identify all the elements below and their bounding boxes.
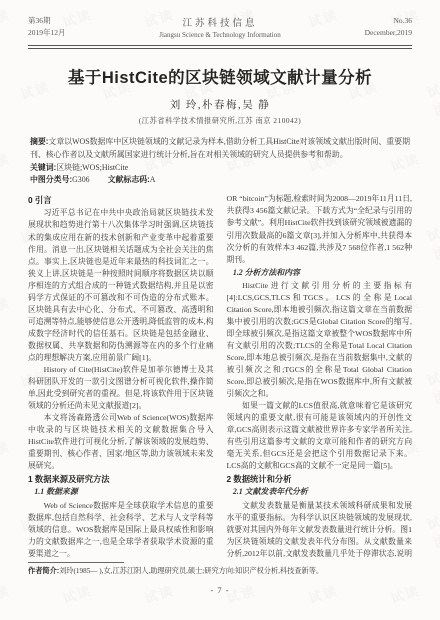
abstract-text: 文章以WOS数据库中区块链领域的文献记录为样本,借助分析工具HistCite对该…	[30, 137, 410, 158]
paragraph: Web of Science数据库是全球获取学术信息的重要数据库,包括自然科学、…	[28, 500, 214, 558]
header-issue-cn: 第36期 2019年12月	[28, 15, 108, 39]
right-column: OR “bitcoin”为标题,检索时间为2008—2019年11月11日,共获…	[227, 193, 413, 557]
author-bio-text: 刘玲(1985— ),女,江苏江阴人,助理研究员,硕士;研究方向:知识产权分析,…	[59, 567, 323, 575]
doc-code-label: 文献标志码:	[108, 175, 150, 184]
keywords-line: 关键词:区块链;WOS;HistCite	[30, 162, 410, 173]
subsection-heading-1-2: 1.2 分析方法和内容	[227, 267, 413, 279]
paragraph-continued: OR “bitcoin”为标题,检索时间为2008—2019年11月11日,共获…	[227, 193, 413, 265]
issue-number-en: No.36	[332, 15, 412, 27]
paragraph: 习近平总书记在中共中央政治局就区块链技术发展现状和趋势进行第十八次集体学习时强调…	[28, 207, 214, 364]
paragraph: 文献发表数量是衡量某技术领域科研成果和发展水平的重要指标。为科学认识区块链领域的…	[227, 500, 413, 558]
paragraph: HistCite进行文献引用分析的主要指标有[4]:LCS,GCS,TLCS和T…	[227, 280, 413, 400]
left-column: 0 引言 习近平总书记在中共中央政治局就区块链技术发展现状和趋势进行第十八次集体…	[28, 193, 214, 557]
classification-line: 中图分类号:G306文献标志码:A	[30, 174, 410, 185]
article-title: 基于HistCite的区块链领域文献计量分析	[30, 64, 410, 88]
article-affiliation: (江苏省科学技术情报研究所,江苏 南京 210042)	[0, 116, 440, 126]
journal-name-cn: 江苏科技信息	[108, 15, 332, 29]
doc-code-value: A	[150, 175, 156, 184]
footnote-divider	[28, 562, 124, 563]
author-bio-footnote: 作者简介:刘玲(1985— ),女,江苏江阴人,助理研究员,硕士;研究方向:知识…	[28, 566, 412, 576]
abstract-label: 摘要:	[30, 137, 48, 146]
article-authors: 刘 玲,朴春梅,吴 静	[0, 97, 440, 112]
issue-date-en: December,2019	[332, 27, 412, 39]
paragraph: 本文将汤森路透公司Web of Science(WOS)数据库中收录的与区块链技…	[28, 412, 214, 472]
page-header: 第36期 2019年12月 江苏科技信息 Jiangsu Science & T…	[0, 0, 440, 42]
body-columns: 0 引言 习近平总书记在中共中央政治局就区块链技术发展现状和趋势进行第十八次集体…	[28, 193, 412, 557]
section-heading-2: 2 数据统计和分析	[227, 473, 413, 485]
header-issue-en: No.36 December,2019	[332, 15, 412, 39]
clc-label: 中图分类号:	[30, 175, 72, 184]
subsection-heading-2-1: 2.1 文献发表年代分析	[227, 486, 413, 498]
subsection-heading-1-1: 1.1 数据来源	[28, 486, 214, 498]
section-heading-0: 0 引言	[28, 194, 214, 206]
journal-name-en: Jiangsu Science & Technology Information	[108, 31, 332, 39]
paragraph: History of Cite(HistCite)软件是加菲尔德博士及其科研团队…	[28, 364, 214, 412]
page-number: - 7 -	[0, 585, 440, 595]
issue-date-cn: 2019年12月	[28, 27, 108, 39]
issue-number-cn: 第36期	[28, 15, 108, 27]
abstract-block: 摘要:文章以WOS数据库中区块链领域的文献记录为样本,借助分析工具HistCit…	[30, 136, 410, 161]
section-heading-1: 1 数据来源及研究方法	[28, 473, 214, 485]
author-bio-label: 作者简介:	[28, 566, 59, 575]
paragraph: 如果一篇文献的LCS值很高,就意味着它是该研究领域内的重要文献,很有可能是该领域…	[227, 400, 413, 472]
journal-page: 试读试读试读试读试读试读试读试读试读试读试读试读试读试读试读试读试读试读试读试读…	[0, 0, 440, 620]
keywords-text: 区块链;WOS;HistCite	[56, 163, 128, 172]
keywords-label: 关键词:	[30, 163, 56, 172]
header-divider	[28, 45, 412, 49]
journal-name-block: 江苏科技信息 Jiangsu Science & Technology Info…	[108, 15, 332, 39]
clc-value: G306	[72, 175, 90, 184]
